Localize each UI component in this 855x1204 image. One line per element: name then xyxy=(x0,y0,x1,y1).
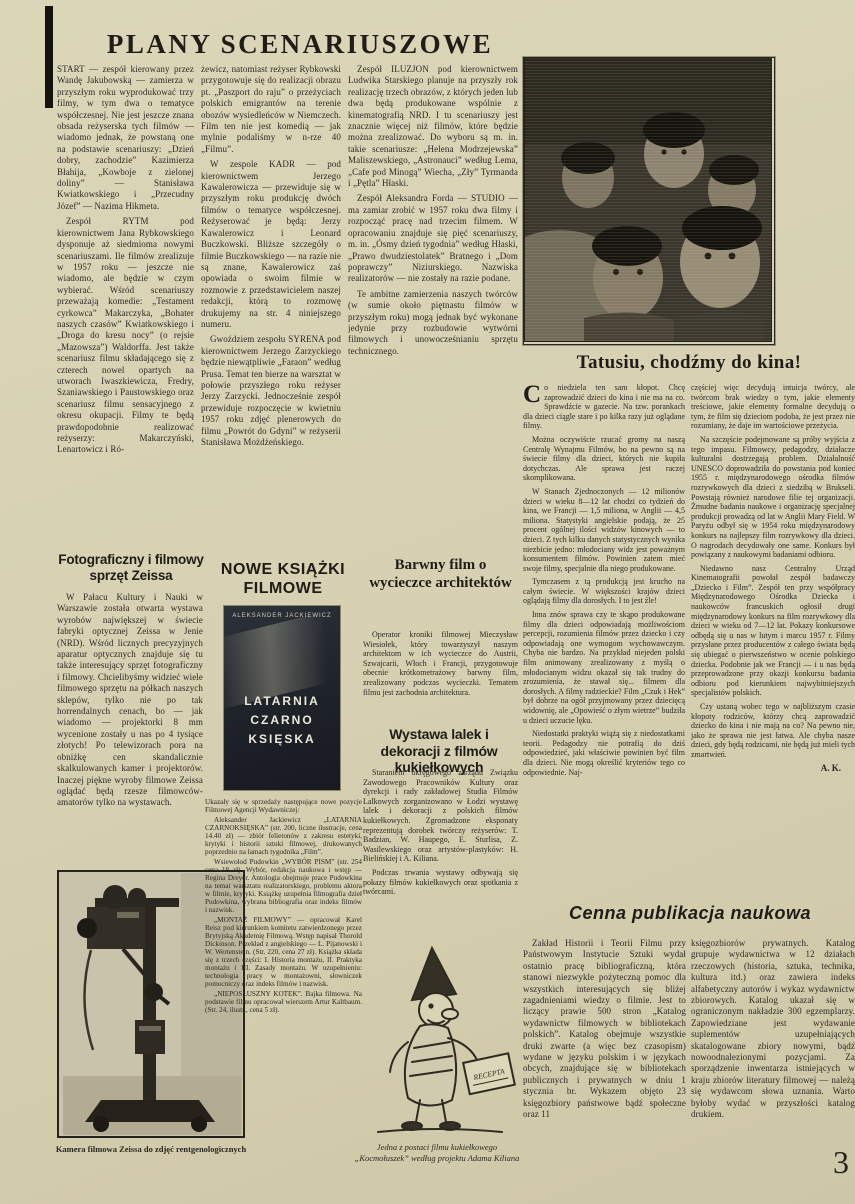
paragraph: Inna znów sprawa czy te skąpo produkowan… xyxy=(523,610,685,725)
paragraph: Wsiewołod Pudowkin „WYBÓR PISM” (str. 25… xyxy=(205,858,362,914)
paragraph: księgozbiorów prywatnych. Katalog grupuj… xyxy=(691,938,855,1121)
paragraph: Tymczasem z tą produkcją jest krucho na … xyxy=(523,577,685,606)
paragraph: „MONTAŻ FILMOWY” — opracował Karel Reisz… xyxy=(205,916,362,988)
book-cover-title-line: KSIĘSKA xyxy=(224,730,340,749)
barwny-section-title: Barwny film o wycieczce architektów xyxy=(363,556,518,592)
paragraph: Można oczywiście rzucać gromy na naszą C… xyxy=(523,435,685,483)
paragraph: Ukazały się w sprzedaży następujące nowe… xyxy=(205,798,362,814)
paragraph: Te ambitne zamierzenia naszych twórców (… xyxy=(348,289,518,357)
cinema-audience-photo-art xyxy=(524,58,772,342)
lalki-section-body: Staraniem okręgowego zarządu Związku Zaw… xyxy=(363,768,518,934)
paragraph: częściej więc decydują intuicja twórcy, … xyxy=(691,383,855,431)
kino-article-column-2: częściej więc decydują intuicja twórcy, … xyxy=(691,383,855,845)
main-article-column-3: Zespół ILUZJON pod kierownictwem Ludwika… xyxy=(348,64,518,556)
paragraph: Na szczęście podejmowane są próby wyjści… xyxy=(691,435,855,560)
puppet-caption: Jedna z postaci filmu kukiełkowego „Kocm… xyxy=(352,1142,522,1163)
paragraph: Aleksander Jackiewicz „LATARNIA CZARNOKS… xyxy=(205,816,362,856)
cinema-audience-photo xyxy=(523,57,775,345)
book-cover-title-line: LATARNIA xyxy=(224,692,340,711)
paragraph: W Pałacu Kultury i Nauki w Warszawie zos… xyxy=(57,592,203,809)
book-cover-title: LATARNIA CZARNO KSIĘSKA xyxy=(224,692,340,749)
books-section-body: Ukazały się w sprzedaży następujące nowe… xyxy=(205,798,362,1066)
katalog-column-2: księgozbiorów prywatnych. Katalog grupuj… xyxy=(691,938,855,1168)
paragraph-text: o niedziela ten sam kłopot. Chcę zaprowa… xyxy=(523,383,685,430)
paragraph: Podczas trwania wystawy odbywają się pok… xyxy=(363,868,518,897)
paragraph: Zespół ILUZJON pod kierownictwem Ludwika… xyxy=(348,64,518,189)
paragraph: Gwoździem zespołu SYRENA pod kierownictw… xyxy=(201,334,341,448)
book-cover-author: ALEKSANDER JACKIEWICZ xyxy=(224,613,340,619)
paragraph: Czy ustaną wobec tego w najbliższym czas… xyxy=(691,702,855,760)
paragraph: Staraniem okręgowego zarządu Związku Zaw… xyxy=(363,768,518,864)
page-number: 3 xyxy=(805,1144,849,1181)
zeiss-camera-caption: Kamera filmowa Zeissa do zdjęć rentgenol… xyxy=(50,1144,252,1155)
margin-registration-bar xyxy=(45,6,53,108)
zeiss-section-body: W Pałacu Kultury i Nauki w Warszawie zos… xyxy=(57,592,203,864)
paragraph: Niedostatki praktyki wiążą się z niedost… xyxy=(523,729,685,777)
kino-article-title: Tatusiu, chodźmy do kina! xyxy=(523,352,855,374)
main-article-column-1: START — zespół kierowany przez Wandę Jak… xyxy=(57,64,194,556)
paragraph: W zespole KADR — pod kierownictwem Jerze… xyxy=(201,159,341,330)
paragraph: START — zespół kierowany przez Wandę Jak… xyxy=(57,64,194,212)
paragraph: Niedawno nasz Centralny Urząd Kinematogr… xyxy=(691,564,855,698)
barwny-section-body: Operator kroniki filmowej Mieczysław Wie… xyxy=(363,630,518,718)
paragraph: „NIEPOSŁUSZNY KOTEK”. Bajka filmowa. Na … xyxy=(205,990,362,1014)
paragraph: Zakład Historii i Teorii Filmu przy Pańs… xyxy=(523,938,686,1121)
paragraph: Operator kroniki filmowej Mieczysław Wie… xyxy=(363,630,518,697)
drop-cap: C xyxy=(523,384,541,405)
book-cover-latarnia: ALEKSANDER JACKIEWICZ LATARNIA CZARNO KS… xyxy=(224,606,340,790)
paragraph: Co niedziela ten sam kłopot. Chcę zaprow… xyxy=(523,383,685,431)
magazine-page: PLANY SCENARIUSZOWE START — zespół kiero… xyxy=(0,0,855,1204)
zeiss-section-title: Fotograficzny i filmowy sprzęt Zeissa xyxy=(57,552,205,584)
page-title: PLANY SCENARIUSZOWE xyxy=(80,29,520,60)
katalog-column-1: Zakład Historii i Teorii Filmu przy Pańs… xyxy=(523,938,686,1168)
puppet-illustration: RECEPTA xyxy=(358,938,518,1138)
katalog-section-title: Cenna publikacja naukowa xyxy=(540,903,840,924)
kino-article-column-1: Co niedziela ten sam kłopot. Chcę zaprow… xyxy=(523,383,685,841)
main-article-column-2: żewicz, natomiast reżyser Rybkowski przy… xyxy=(201,64,341,564)
books-section-title: NOWE KSIĄŻKI FILMOWE xyxy=(206,560,360,598)
author-initials: A. K. xyxy=(691,764,855,774)
paragraph: Zespół RYTM pod kierownictwem Jana Rybko… xyxy=(57,216,194,456)
paragraph: W Stanach Zjednoczonych — 12 milionów dz… xyxy=(523,487,685,573)
puppet-illustration-art: RECEPTA xyxy=(358,938,518,1138)
paragraph: Zespół Aleksandra Forda — STUDIO — ma za… xyxy=(348,193,518,284)
paragraph: żewicz, natomiast reżyser Rybkowski przy… xyxy=(201,64,341,155)
book-cover-title-line: CZARNO xyxy=(224,711,340,730)
